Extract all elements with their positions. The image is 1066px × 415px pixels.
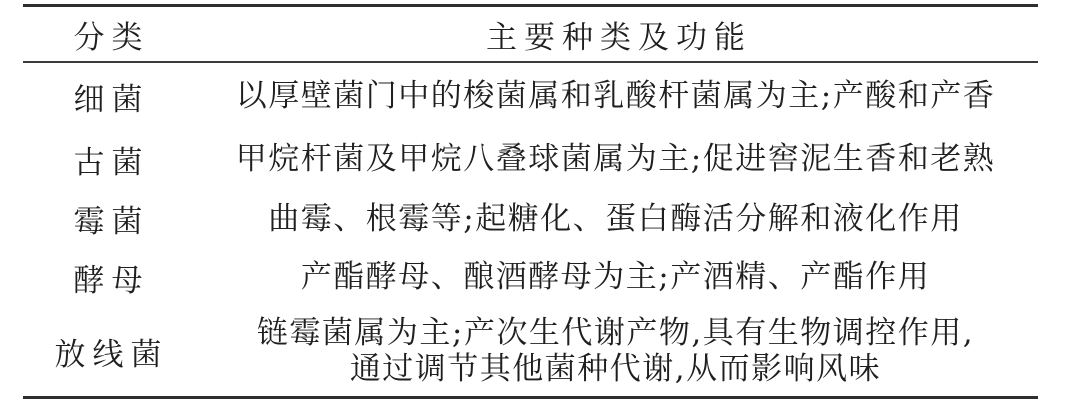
category-cell: 放线菌 (23, 329, 193, 374)
description-cell: 产酯酵母、酿酒酵母为主;产酒精、产酯作用 (193, 259, 1038, 295)
table-header-row: 分类 主要种类及功能 (23, 7, 1038, 63)
description-line: 甲烷杆菌及甲烷八叠球菌属为主;促进窖泥生香和老熟 (193, 141, 1038, 177)
category-cell: 霉菌 (23, 196, 193, 241)
description-cell: 甲烷杆菌及甲烷八叠球菌属为主;促进窖泥生香和老熟 (193, 141, 1038, 177)
description-line: 以厚壁菌门中的梭菌属和乳酸杆菌属为主;产酸和产香 (193, 78, 1038, 114)
table-row: 细菌 以厚壁菌门中的梭菌属和乳酸杆菌属为主;产酸和产香 (23, 63, 1038, 129)
description-line: 链霉菌属为主;产次生代谢产物,具有生物调控作用, (193, 315, 1038, 351)
description-line: 通过调节其他菌种代谢,从而影响风味 (193, 351, 1038, 387)
header-category: 分类 (23, 12, 193, 57)
table-row: 古菌 甲烷杆菌及甲烷八叠球菌属为主;促进窖泥生香和老熟 (23, 129, 1038, 189)
table-row: 放线菌 链霉菌属为主;产次生代谢产物,具有生物调控作用, 通过调节其他菌种代谢,… (23, 306, 1038, 396)
microorganism-function-table: 分类 主要种类及功能 细菌 以厚壁菌门中的梭菌属和乳酸杆菌属为主;产酸和产香 古… (23, 4, 1038, 399)
table-row: 酵母 产酯酵母、酿酒酵母为主;产酒精、产酯作用 (23, 248, 1038, 306)
description-cell: 以厚壁菌门中的梭菌属和乳酸杆菌属为主;产酸和产香 (193, 78, 1038, 114)
category-cell: 酵母 (23, 255, 193, 300)
description-line: 产酯酵母、酿酒酵母为主;产酒精、产酯作用 (193, 259, 1038, 295)
description-line: 曲霉、根霉等;起糖化、蛋白酶活分解和液化作用 (193, 201, 1038, 237)
header-description: 主要种类及功能 (193, 12, 1038, 57)
category-cell: 古菌 (23, 137, 193, 182)
description-cell: 曲霉、根霉等;起糖化、蛋白酶活分解和液化作用 (193, 201, 1038, 237)
table-row: 霉菌 曲霉、根霉等;起糖化、蛋白酶活分解和液化作用 (23, 189, 1038, 248)
description-cell: 链霉菌属为主;产次生代谢产物,具有生物调控作用, 通过调节其他菌种代谢,从而影响… (193, 315, 1038, 387)
category-cell: 细菌 (23, 74, 193, 119)
